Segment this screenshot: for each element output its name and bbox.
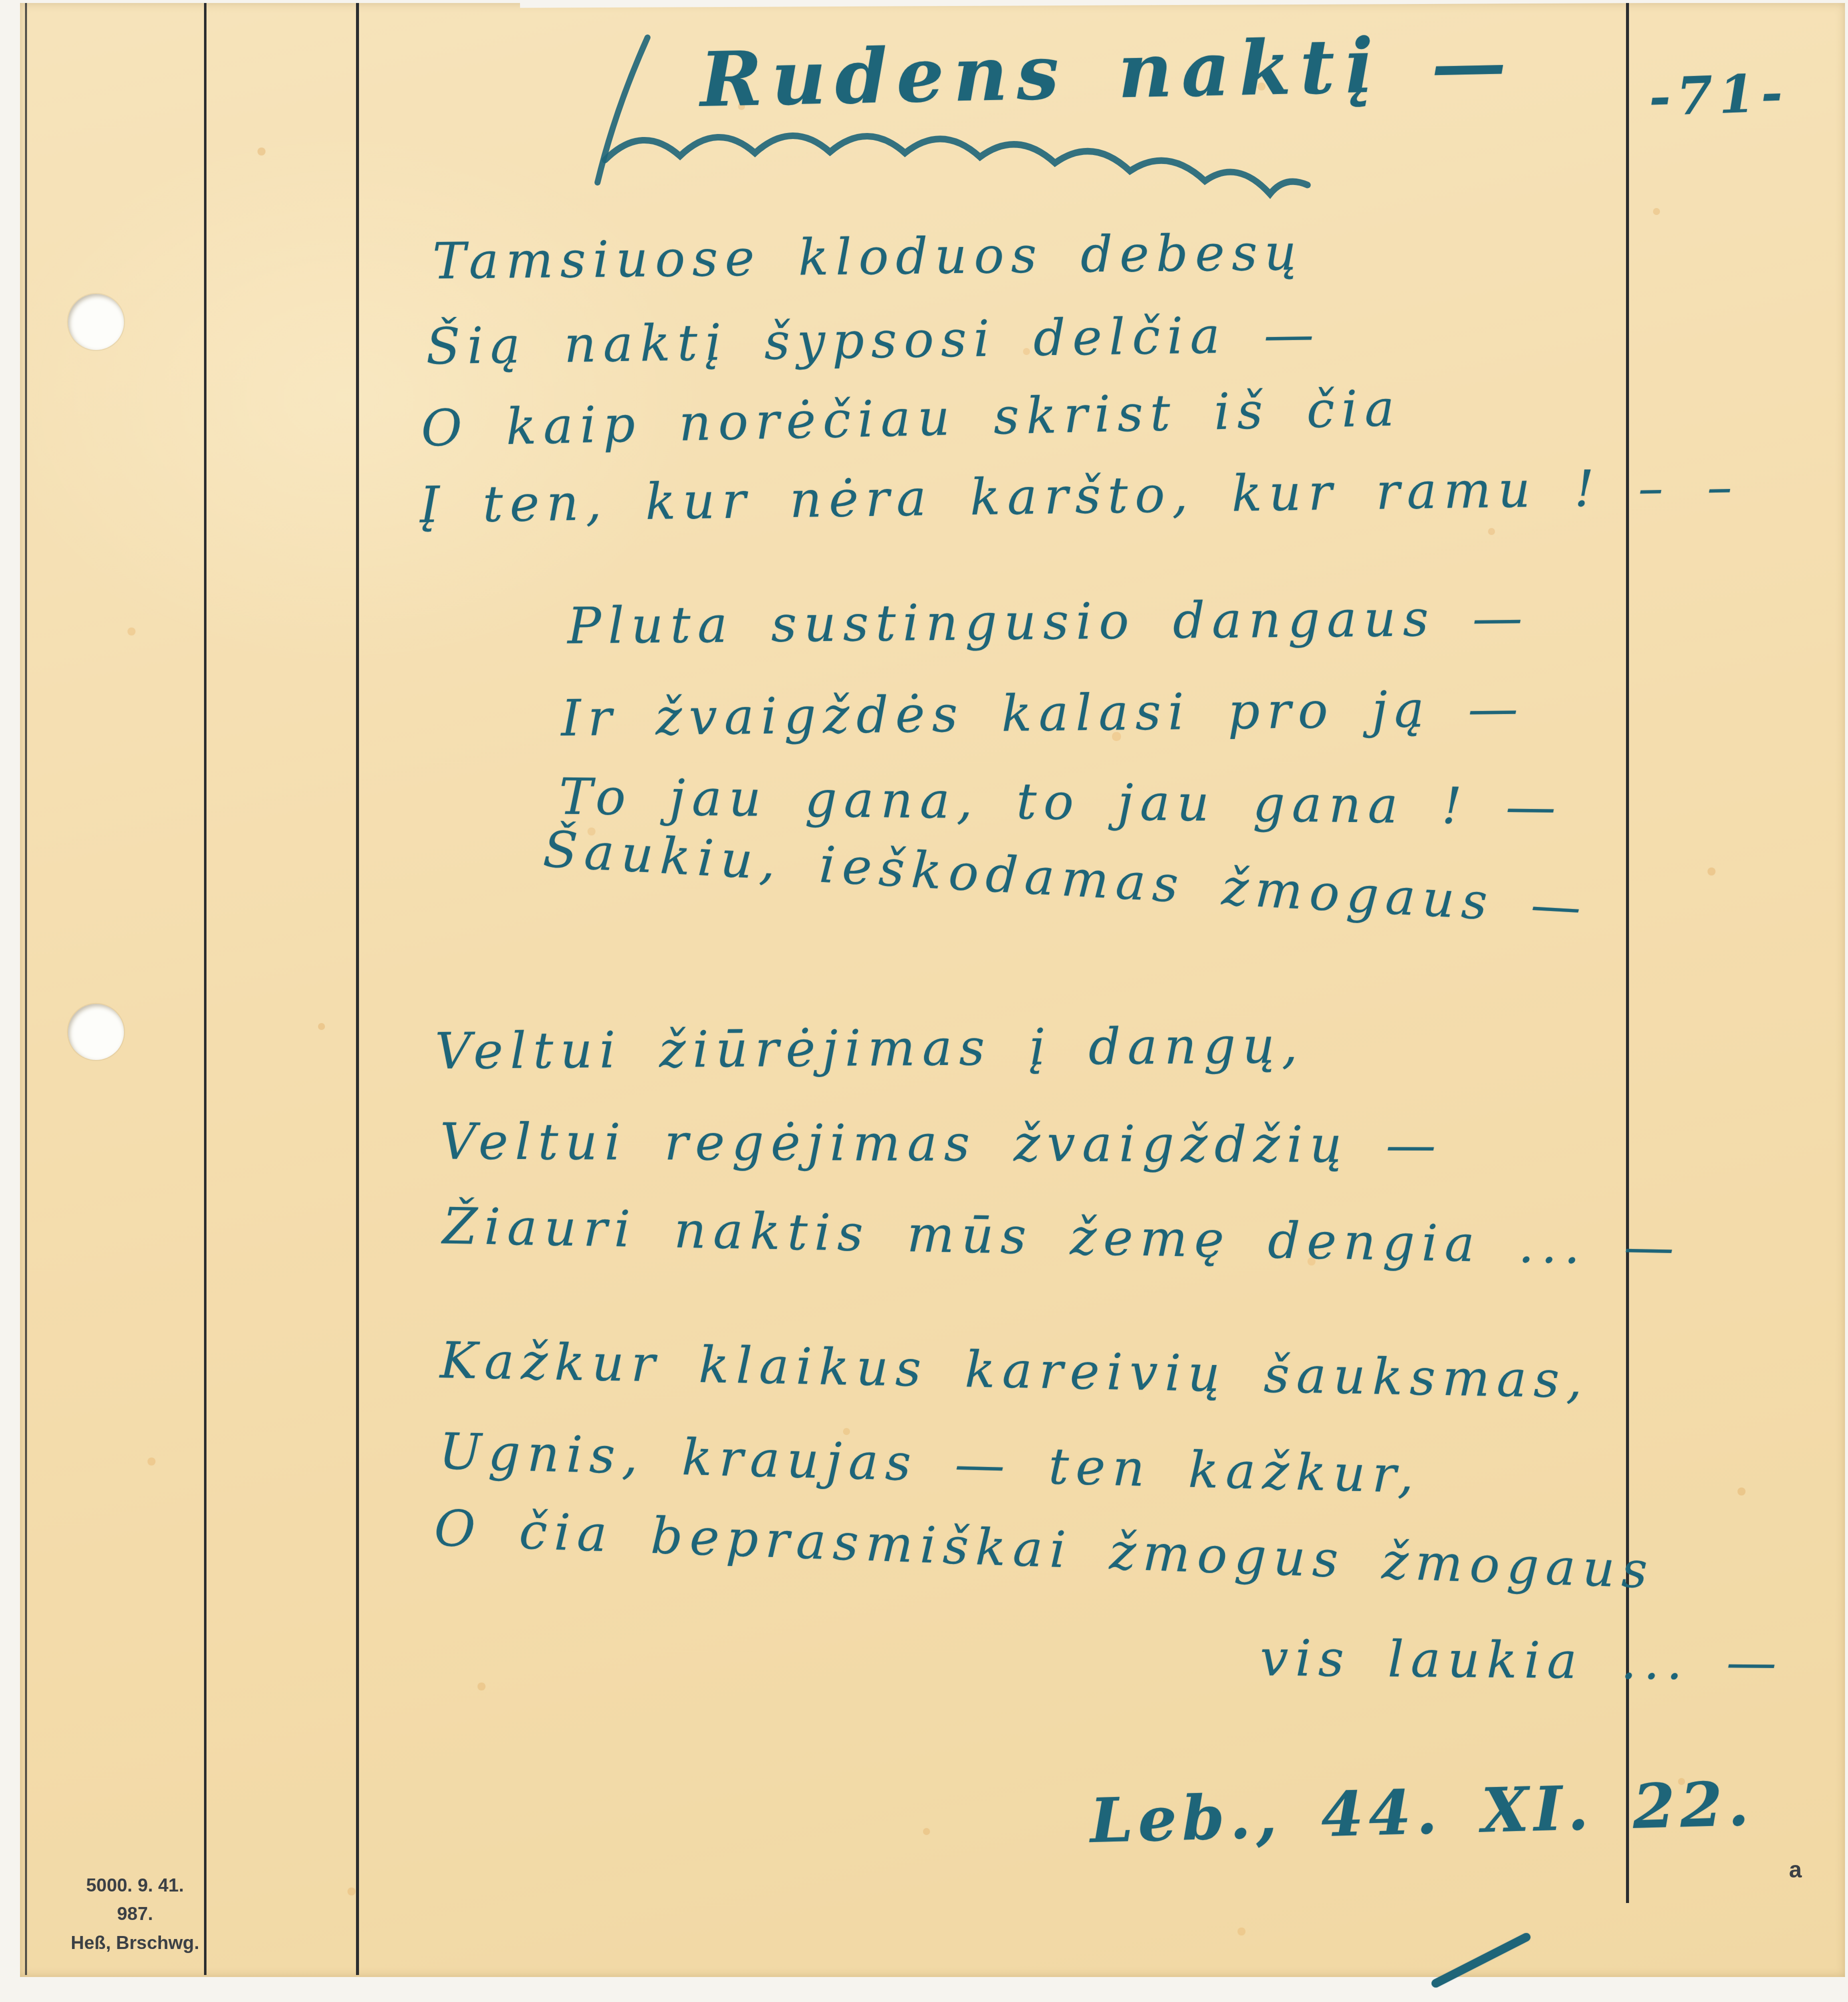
hole-punch-bottom: [68, 1004, 124, 1060]
margin-rule-inner: [356, 3, 359, 1975]
imprint-line: Heß, Brschwg.: [50, 1928, 220, 1957]
stanza-line: Pluta sustingusio dangaus —: [567, 588, 1530, 655]
imprint-line: 987.: [50, 1899, 220, 1928]
stanza-line: Šią naktį šypsosi delčia —: [425, 305, 1321, 376]
corner-mark: a: [1789, 1856, 1802, 1883]
stanza-line: Veltui regėjimas žvaigždžių —: [440, 1112, 1443, 1174]
title-underline-flourish: [550, 10, 1500, 200]
stanza-line: Veltui žiūrėjimas į dangų,: [435, 1016, 1305, 1080]
stanza-line: vis laukia ... —: [1260, 1628, 1784, 1691]
stanza-line: Ir žvaigždės kalasi pro ją —: [560, 679, 1525, 747]
hole-punch-top: [68, 294, 124, 350]
stanza-line: Tamsiuose kloduos debesų: [432, 223, 1303, 290]
paper-foxing-speckles: [0, 0, 3, 3]
printer-imprint: 5000. 9. 41. 987. Heß, Brschwg.: [50, 1871, 220, 1957]
margin-rule-right: [1626, 3, 1629, 1903]
paper-left-edge-line: [25, 3, 27, 1975]
page-number: -71-: [1648, 61, 1789, 128]
stanza-line: To jau gana, to jau gana ! —: [558, 767, 1563, 836]
margin-rule-outer: [204, 3, 206, 1975]
imprint-line: 5000. 9. 41.: [50, 1871, 220, 1899]
